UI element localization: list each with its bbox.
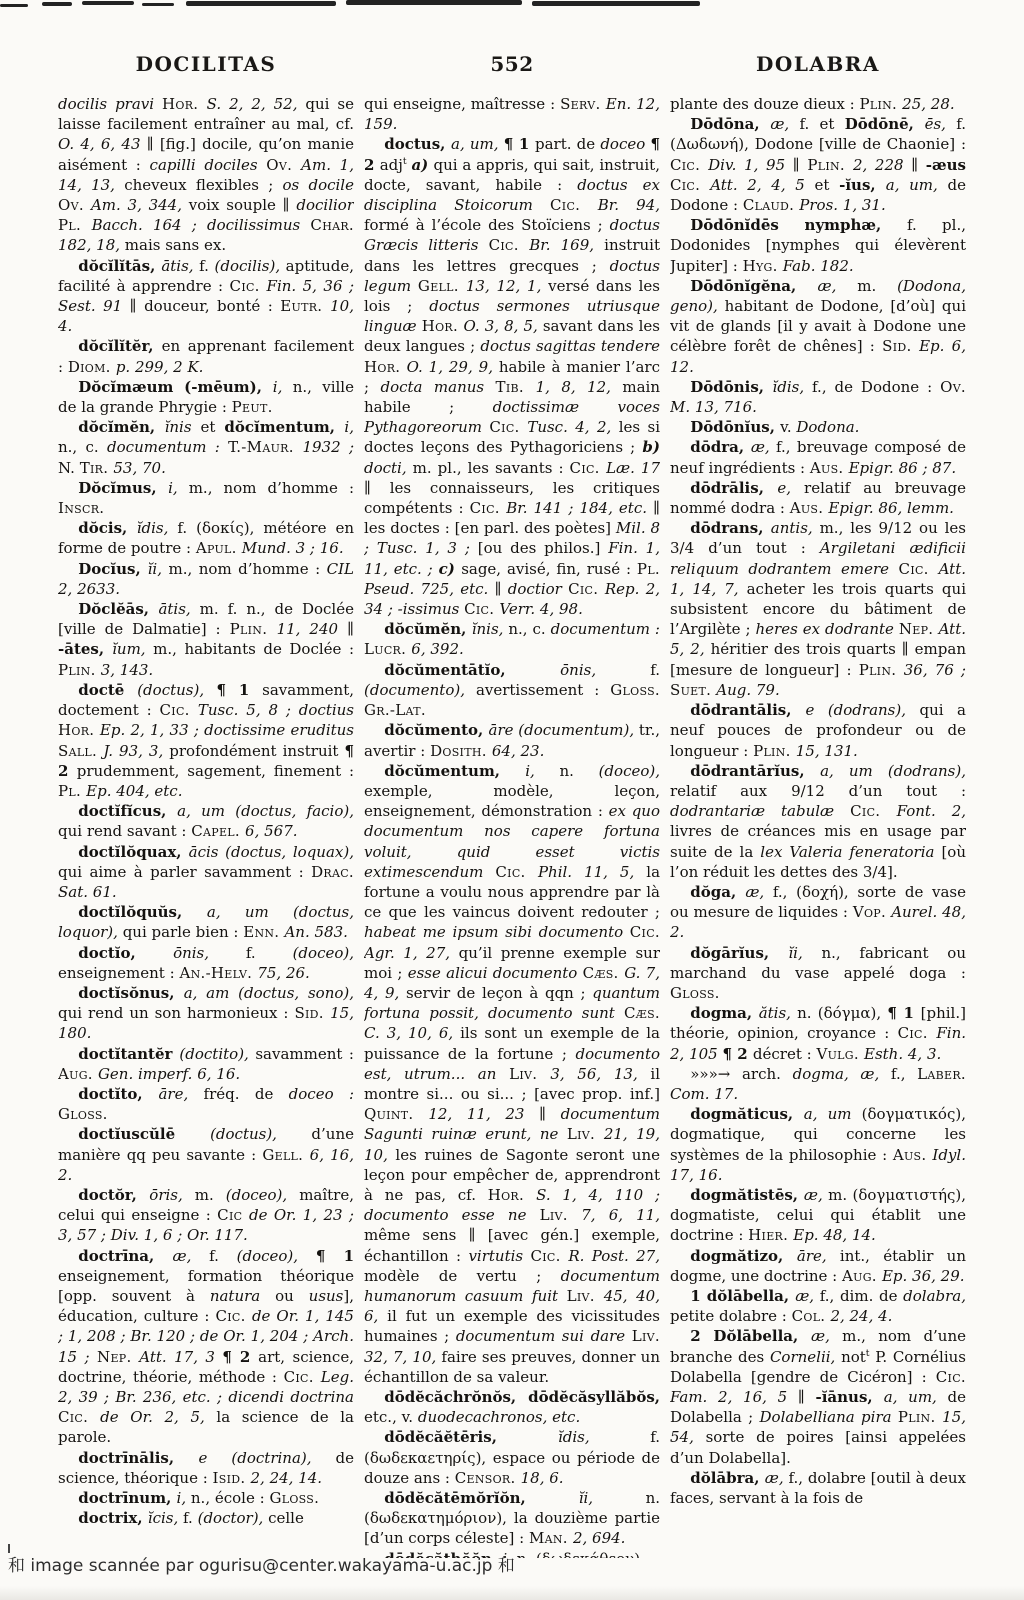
dictionary-entry: doctŏr, ōris, m. (doceo), maître, celui … <box>58 1185 354 1246</box>
dictionary-entry: dŏcĭmĕn, ĭnis et dŏcĭmentum, i, n., c. d… <box>58 417 354 478</box>
dictionary-entry: Docĭus, ĭi, m., nom d’homme : CIL 2, 263… <box>58 559 354 599</box>
dictionary-entry: doctĭtantĕr (doctito), savamment : Aug. … <box>58 1044 354 1084</box>
dictionary-entry: dōdrālis, e, relatif au breuvage nommé d… <box>670 478 966 518</box>
scan-artifact <box>532 1 700 6</box>
dictionary-entry: dŏcĭlĭtĕr, en apprenant facilement : Dio… <box>58 336 354 376</box>
dictionary-entry: »»»→ arch. dogma, æ, f., Laber. Com. 17. <box>670 1064 966 1104</box>
dictionary-entry: doctrīnum, i, n., école : Gloss. <box>58 1488 354 1508</box>
scan-artifact <box>42 2 72 6</box>
column-3: plante des douze dieux : Plin. 25, 28.Dō… <box>670 94 966 1558</box>
dictionary-entry: dŏcŭmentum, i, n. (doceo), exemple, modè… <box>364 761 660 1387</box>
column-1: docilis pravi Hor. S. 2, 2, 52, qui se l… <box>58 94 354 1558</box>
scan-shadow <box>0 1586 1024 1600</box>
dictionary-entry: Dōdōnĭdēs nymphæ, f. pl., Dodonides [nym… <box>670 215 966 276</box>
scan-artifact <box>186 1 336 6</box>
dictionary-entry: dŏcŭmento, āre (documentum), tr., averti… <box>364 720 660 760</box>
dictionary-entry: Dōdōna, æ, f. et Dōdōnē, ēs, f. (Δωδωνή)… <box>670 114 966 215</box>
dictionary-entry: dōdĕcătēmŏrĭŏn, ĭi, n. (δωδεκατημόριον),… <box>364 1488 660 1549</box>
dictionary-entry: dogmăticus, a, um (δογματικός), dogmatiq… <box>670 1104 966 1185</box>
scan-artifact <box>0 4 28 7</box>
dictionary-entry: doctĭfĭcus, a, um (doctus, facio), qui r… <box>58 801 354 841</box>
dictionary-entry: doctĭuscŭlē (doctus), d’une manière qq p… <box>58 1124 354 1185</box>
column-2: qui enseigne, maîtresse : Serv. En. 12, … <box>364 94 660 1558</box>
dictionary-entry: dŏlābra, æ, f., dolabre [outil à deux fa… <box>670 1468 966 1508</box>
dictionary-entry: qui enseigne, maîtresse : Serv. En. 12, … <box>364 94 660 134</box>
scan-artifact <box>82 1 134 5</box>
dictionary-entry: plante des douze dieux : Plin. 25, 28. <box>670 94 966 114</box>
dictionary-entry: doctrix, ĭcis, f. (doctor), celle <box>58 1508 354 1528</box>
running-head-left: DOCILITAS <box>58 52 354 76</box>
dictionary-entry: dŏcŭmĕn, ĭnis, n., c. documentum : Lucr.… <box>364 619 660 659</box>
dictionary-entry: doctĭo, ōnis, f. (doceo), enseignement :… <box>58 943 354 983</box>
dictionary-entry: doctrīnālis, e (doctrina), de science, t… <box>58 1448 354 1488</box>
dictionary-entry: Dōdōnĭgĕna, æ, m. (Dodona, geno), habita… <box>670 276 966 377</box>
dictionary-entry: dōdrantālis, e (dodrans), qui a neuf pou… <box>670 700 966 761</box>
dictionary-entry: doctē (doctus), ¶ 1 savamment, doctement… <box>58 680 354 801</box>
dictionary-entry: doctĭto, āre, fréq. de doceo : Gloss. <box>58 1084 354 1124</box>
dictionary-entry: Dōdōnĭus, v. Dodona. <box>670 417 966 437</box>
dictionary-page-body: docilis pravi Hor. S. 2, 2, 52, qui se l… <box>58 94 966 1558</box>
dictionary-entry: Dōdōnis, ĭdis, f., de Dodone : Ov. M. 13… <box>670 377 966 417</box>
dictionary-entry: dŏcŭmentātĭo, ōnis, f. (documento), aver… <box>364 660 660 721</box>
scan-credit-line: 和 image scannée par ogurisu@center.wakay… <box>8 1551 515 1576</box>
scan-artifact <box>346 0 522 5</box>
dictionary-entry: dŏgārĭus, ĭi, n., fabricant ou marchand … <box>670 943 966 1004</box>
dictionary-entry: doctrīna, æ, f. (doceo), ¶ 1 enseignemen… <box>58 1246 354 1448</box>
dictionary-entry: doctĭsŏnus, a, am (doctus, sono), qui re… <box>58 983 354 1044</box>
dictionary-entry: Dŏclĕās, ātis, m. f. n., de Doclée [vill… <box>58 599 354 680</box>
dictionary-entry: 2 Dŏlābella, æ, m., nom d’une branche de… <box>670 1326 966 1467</box>
dictionary-entry: 1 dŏlābella, æ, f., dim. de dolabra, pet… <box>670 1286 966 1326</box>
dictionary-entry: dogmătizo, āre, int., établir un dogme, … <box>670 1246 966 1286</box>
dictionary-entry: dōdrans, antis, m., les 9/12 ou les 3/4 … <box>670 518 966 700</box>
dictionary-entry: dōdrantārĭus, a, um (dodrans), relatif a… <box>670 761 966 882</box>
dictionary-entry: Dŏcĭmæum (-mēum), i, n., ville de la gra… <box>58 377 354 417</box>
dictionary-entry: dogma, ătis, n. (δόγμα), ¶ 1 [phil.] thé… <box>670 1003 966 1064</box>
dictionary-entry: dŏcĭlĭtās, ātis, f. (docilis), aptitude,… <box>58 256 354 337</box>
dictionary-entry: dŏcis, ĭdis, f. (δοκίς), météore en form… <box>58 518 354 558</box>
dictionary-entry: dōdĕcăĕtēris, ĭdis, f. (δωδεκαετηρίς), e… <box>364 1427 660 1488</box>
scan-artifact <box>142 3 174 6</box>
dictionary-entry: doctus, a, um, ¶ 1 part. de doceo ¶ 2 ad… <box>364 134 660 619</box>
dictionary-entry: dōdra, æ, f., breuvage composé de neuf i… <box>670 437 966 477</box>
dictionary-entry: doctĭlŏquŭs, a, um (doctus, loquor), qui… <box>58 902 354 942</box>
dictionary-entry: dogmătistēs, æ, m. (δογματιστής), dogmat… <box>670 1185 966 1246</box>
dictionary-entry: dŏga, æ, f., (δοχή), sorte de vase ou me… <box>670 882 966 943</box>
dictionary-entry: dōdĕcăchrŏnŏs, dōdĕcăsyllăbŏs, etc., v. … <box>364 1387 660 1427</box>
dictionary-entry: docilis pravi Hor. S. 2, 2, 52, qui se l… <box>58 94 354 256</box>
page-number: 552 <box>364 52 660 76</box>
dictionary-entry: doctĭlŏquax, ācis (doctus, loquax), qui … <box>58 842 354 903</box>
running-head-right: DOLABRA <box>670 52 966 76</box>
dictionary-entry: Dŏcĭmus, i, m., nom d’homme : Inscr. <box>58 478 354 518</box>
